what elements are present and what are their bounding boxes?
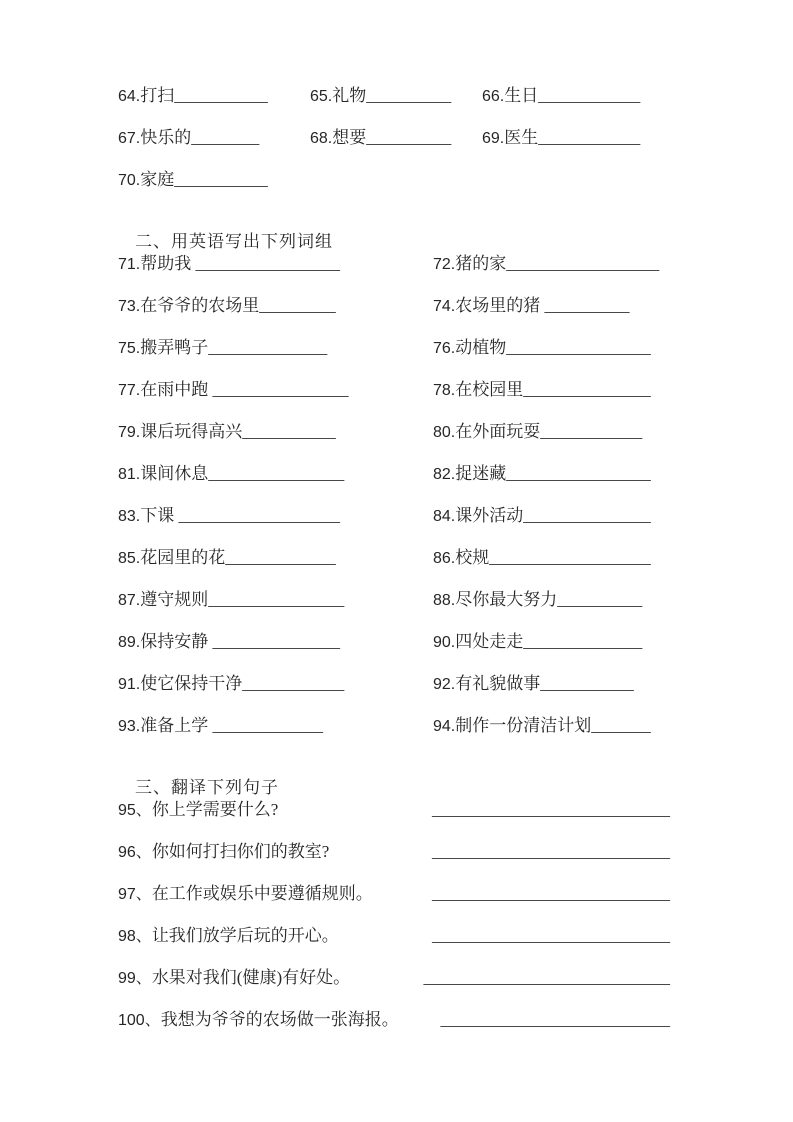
item-number: 99、 <box>118 970 152 987</box>
item-label: 下课 <box>140 506 178 525</box>
item-label: 制作一份清洁计划 <box>455 716 591 735</box>
phrase-item: 90.四处走走______________ <box>433 632 763 653</box>
phrase-item: 84.课外活动_______________ <box>433 506 763 527</box>
vocab-row: 70.家庭___________ <box>118 170 763 190</box>
item-label: 在校园里 <box>455 380 523 399</box>
item-blank: _________________ <box>506 338 651 357</box>
item-blank: _____________ <box>213 716 324 735</box>
phrase-row: 71.帮助我 _________________ 72.猪的家_________… <box>118 254 763 274</box>
answer-blank: ____________________________ <box>432 884 670 904</box>
item-label: 让我们放学后玩的开心。 <box>152 926 339 945</box>
item-label: 医生 <box>504 128 538 147</box>
phrase-row: 87.遵守规则________________ 88.尽你最大努力_______… <box>118 590 763 610</box>
item-blank: ___________ <box>242 422 336 441</box>
phrase-item: 72.猪的家__________________ <box>433 254 763 275</box>
sentence-row: 98、让我们放学后玩的开心。__________________________… <box>118 926 670 946</box>
sentence-item: 95、你上学需要什么? <box>118 800 278 820</box>
item-label: 遵守规则 <box>140 590 208 609</box>
phrase-item: 76.动植物_________________ <box>433 338 763 359</box>
item-blank: ____________ <box>540 422 642 441</box>
item-label: 我想为爷爷的农场做一张海报。 <box>161 1010 399 1029</box>
item-blank: __________________ <box>506 254 659 273</box>
item-label: 在工作或娱乐中要遵循规则。 <box>152 884 373 903</box>
phrase-item: 81.课间休息________________ <box>118 464 433 485</box>
item-blank: ___________ <box>174 86 268 105</box>
item-blank: ________________ <box>208 464 344 483</box>
item-number: 68. <box>310 130 332 147</box>
phrase-item: 82.捉迷藏_________________ <box>433 464 763 485</box>
item-number: 80. <box>433 424 455 441</box>
phrase-item: 86.校规___________________ <box>433 548 763 569</box>
item-number: 89. <box>118 634 140 651</box>
item-number: 100、 <box>118 1012 161 1029</box>
item-number: 90. <box>433 634 455 651</box>
phrase-row: 93.准备上学 _____________ 94.制作一份清洁计划_______ <box>118 716 763 736</box>
phrase-item: 79.课后玩得高兴___________ <box>118 422 433 443</box>
item-label: 准备上学 <box>140 716 212 735</box>
phrase-item: 94.制作一份清洁计划_______ <box>433 716 763 737</box>
item-label: 生日 <box>504 86 538 105</box>
item-label: 使它保持干净 <box>140 674 242 693</box>
item-label: 捉迷藏 <box>455 464 506 483</box>
item-number: 73. <box>118 298 140 315</box>
item-label: 校规 <box>455 548 489 567</box>
item-label: 想要 <box>332 128 366 147</box>
item-number: 74. <box>433 298 455 315</box>
item-number: 81. <box>118 466 140 483</box>
item-blank: __________ <box>366 86 451 105</box>
item-blank: ____________ <box>538 128 640 147</box>
item-blank: _____________ <box>225 548 336 567</box>
section-title: 二、用英语写出下列词组 <box>135 232 333 251</box>
item-number: 69. <box>482 130 504 147</box>
answer-blank: ____________________________ <box>432 842 670 862</box>
item-label: 猪的家 <box>455 254 506 273</box>
item-number: 88. <box>433 592 455 609</box>
sentence-item: 98、让我们放学后玩的开心。 <box>118 926 339 946</box>
item-label: 课间休息 <box>140 464 208 483</box>
item-number: 83. <box>118 508 140 525</box>
sentence-item: 99、水果对我们(健康)有好处。 <box>118 968 350 988</box>
phrase-row: 75.搬弄鸭子______________ 76.动植物____________… <box>118 338 763 358</box>
vocab-item: 66.生日____________ <box>482 86 763 107</box>
phrase-row: 79.课后玩得高兴___________ 80.在外面玩耍___________… <box>118 422 763 442</box>
item-label: 搬弄鸭子 <box>140 338 208 357</box>
vocab-item: 67.快乐的________ <box>118 128 310 149</box>
vocab-item: 69.医生____________ <box>482 128 763 149</box>
item-number: 77. <box>118 382 140 399</box>
item-label: 快乐的 <box>140 128 191 147</box>
item-label: 农场里的猪 <box>455 296 544 315</box>
section-title: 三、翻译下列句子 <box>135 778 279 797</box>
phrase-item: 92.有礼貌做事___________ <box>433 674 763 695</box>
item-blank: ___________ <box>174 170 268 189</box>
phrase-item: 87.遵守规则________________ <box>118 590 433 611</box>
item-number: 87. <box>118 592 140 609</box>
sentence-item: 100、我想为爷爷的农场做一张海报。 <box>118 1010 399 1030</box>
sentence-item: 96、你如何打扫你们的教室? <box>118 842 329 862</box>
item-number: 71. <box>118 256 140 273</box>
item-number: 82. <box>433 466 455 483</box>
section-three-header: 三、翻译下列句子 <box>118 758 763 778</box>
item-number: 64. <box>118 88 140 105</box>
item-number: 66. <box>482 88 504 105</box>
phrase-item: 93.准备上学 _____________ <box>118 716 433 737</box>
phrase-item: 91.使它保持干净____________ <box>118 674 433 695</box>
item-number: 94. <box>433 718 455 735</box>
item-blank: ________________ <box>213 380 349 399</box>
item-number: 97、 <box>118 886 152 903</box>
item-label: 你如何打扫你们的教室? <box>152 842 330 861</box>
phrase-row: 81.课间休息________________ 82.捉迷藏__________… <box>118 464 763 484</box>
item-number: 72. <box>433 256 455 273</box>
item-label: 在爷爷的农场里 <box>140 296 259 315</box>
item-label: 动植物 <box>455 338 506 357</box>
item-blank: _________ <box>259 296 336 315</box>
item-label: 家庭 <box>140 170 174 189</box>
item-blank: _______________ <box>213 632 341 651</box>
item-blank: _______ <box>591 716 651 735</box>
vocab-row: 67.快乐的________ 68.想要__________ 69.医生____… <box>118 128 763 148</box>
item-blank: _______________ <box>523 380 651 399</box>
worksheet-page: 64.打扫___________ 65.礼物__________ 66.生日__… <box>0 0 793 1122</box>
vocab-item: 65.礼物__________ <box>310 86 482 107</box>
item-blank: ______________ <box>523 632 642 651</box>
answer-blank: ___________________________ <box>441 1010 671 1030</box>
sentence-row: 97、在工作或娱乐中要遵循规则。________________________… <box>118 884 670 904</box>
item-blank: __________ <box>557 590 642 609</box>
item-number: 78. <box>433 382 455 399</box>
vocab-item: 70.家庭___________ <box>118 170 310 191</box>
item-label: 四处走走 <box>455 632 523 651</box>
answer-blank: _____________________________ <box>424 968 671 988</box>
phrase-item: 85.花园里的花_____________ <box>118 548 433 569</box>
phrase-item: 77.在雨中跑 ________________ <box>118 380 433 401</box>
phrase-row: 73.在爷爷的农场里_________ 74.农场里的猪 __________ <box>118 296 763 316</box>
item-label: 礼物 <box>332 86 366 105</box>
sentence-row: 96、你如何打扫你们的教室?__________________________… <box>118 842 670 862</box>
phrase-item: 88.尽你最大努力__________ <box>433 590 763 611</box>
item-number: 67. <box>118 130 140 147</box>
item-blank: ____________ <box>538 86 640 105</box>
item-blank: __________ <box>545 296 630 315</box>
phrase-item: 73.在爷爷的农场里_________ <box>118 296 433 317</box>
item-blank: ___________________ <box>489 548 651 567</box>
item-number: 93. <box>118 718 140 735</box>
item-label: 打扫 <box>140 86 174 105</box>
phrase-row: 91.使它保持干净____________ 92.有礼貌做事__________… <box>118 674 763 694</box>
item-number: 84. <box>433 508 455 525</box>
item-number: 96、 <box>118 844 152 861</box>
phrase-row: 85.花园里的花_____________ 86.校规_____________… <box>118 548 763 568</box>
phrase-row: 89.保持安静 _______________ 90.四处走走_________… <box>118 632 763 652</box>
phrase-row: 83.下课 ___________________ 84.课外活动_______… <box>118 506 763 526</box>
item-number: 91. <box>118 676 140 693</box>
item-number: 79. <box>118 424 140 441</box>
sentence-row: 99、水果对我们(健康)有好处。________________________… <box>118 968 670 988</box>
phrase-item: 80.在外面玩耍____________ <box>433 422 763 443</box>
item-label: 在雨中跑 <box>140 380 212 399</box>
item-label: 你上学需要什么? <box>152 800 279 819</box>
item-label: 课后玩得高兴 <box>140 422 242 441</box>
item-blank: ______________ <box>208 338 327 357</box>
sentence-row: 95、你上学需要什么?____________________________ <box>118 800 670 820</box>
vocab-item: 64.打扫___________ <box>118 86 310 107</box>
answer-blank: ____________________________ <box>432 800 670 820</box>
item-blank: ____________ <box>242 674 344 693</box>
item-label: 保持安静 <box>140 632 212 651</box>
item-label: 尽你最大努力 <box>455 590 557 609</box>
item-label: 课外活动 <box>455 506 523 525</box>
phrase-item: 74.农场里的猪 __________ <box>433 296 763 317</box>
item-number: 92. <box>433 676 455 693</box>
section-two-header: 二、用英语写出下列词组 <box>118 212 763 232</box>
vocab-item: 68.想要__________ <box>310 128 482 149</box>
vocab-row: 64.打扫___________ 65.礼物__________ 66.生日__… <box>118 86 763 106</box>
item-blank: _________________ <box>196 254 341 273</box>
item-blank: ________________ <box>208 590 344 609</box>
item-number: 86. <box>433 550 455 567</box>
item-blank: _______________ <box>523 506 651 525</box>
sentence-row: 100、我想为爷爷的农场做一张海报。______________________… <box>118 1010 670 1030</box>
item-number: 76. <box>433 340 455 357</box>
item-blank: ___________ <box>540 674 634 693</box>
item-number: 85. <box>118 550 140 567</box>
item-label: 水果对我们(健康)有好处。 <box>152 968 350 987</box>
phrase-item: 89.保持安静 _______________ <box>118 632 433 653</box>
phrase-item: 75.搬弄鸭子______________ <box>118 338 433 359</box>
item-label: 有礼貌做事 <box>455 674 540 693</box>
item-blank: _________________ <box>506 464 651 483</box>
item-label: 帮助我 <box>140 254 195 273</box>
item-number: 70. <box>118 172 140 189</box>
phrase-item: 83.下课 ___________________ <box>118 506 433 527</box>
item-blank: ________ <box>191 128 259 147</box>
item-number: 65. <box>310 88 332 105</box>
answer-blank: ____________________________ <box>432 926 670 946</box>
item-number: 95、 <box>118 802 152 819</box>
phrase-item: 78.在校园里_______________ <box>433 380 763 401</box>
item-label: 花园里的花 <box>140 548 225 567</box>
phrase-item: 71.帮助我 _________________ <box>118 254 433 275</box>
item-number: 75. <box>118 340 140 357</box>
item-blank: __________ <box>366 128 451 147</box>
item-blank: ___________________ <box>179 506 341 525</box>
item-number: 98、 <box>118 928 152 945</box>
sentence-item: 97、在工作或娱乐中要遵循规则。 <box>118 884 373 904</box>
phrase-row: 77.在雨中跑 ________________ 78.在校园里________… <box>118 380 763 400</box>
item-label: 在外面玩耍 <box>455 422 540 441</box>
